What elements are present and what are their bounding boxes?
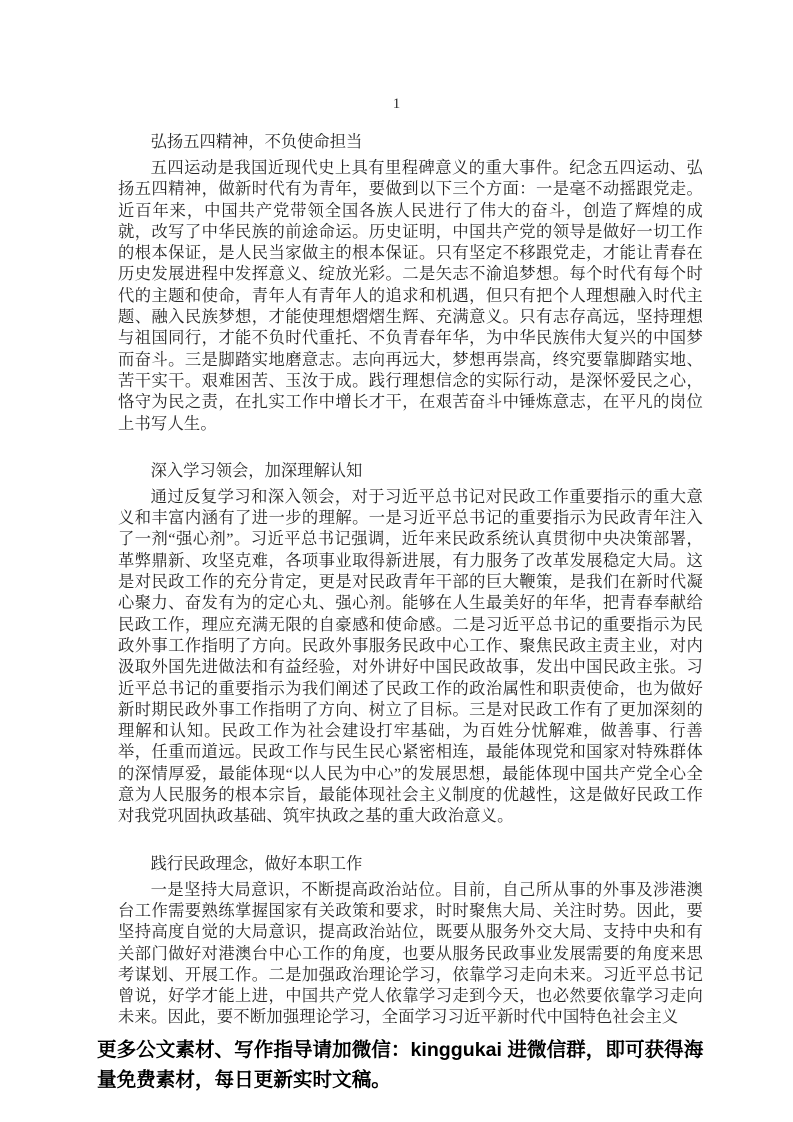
section-heading-2: 深入学习领会，加深理解认知 bbox=[118, 460, 703, 481]
section-paragraph-1: 五四运动是我国近现代史上具有里程碑意义的重大事件。纪念五四运动、弘扬五四精神，做… bbox=[118, 157, 703, 434]
section-heading-1: 弘扬五四精神，不负使命担当 bbox=[118, 131, 703, 152]
footer-promo-text: 更多公文素材、写作指导请加微信：kinggukai 进微信群，即可获得海量免费素… bbox=[97, 1035, 709, 1095]
section-heading-3: 践行民政理念，做好本职工作 bbox=[118, 853, 703, 874]
section-paragraph-2: 通过反复学习和深入领会，对于习近平总书记对民政工作重要指示的重大意义和丰富内涵有… bbox=[118, 486, 703, 827]
page-number: 1 bbox=[0, 96, 793, 113]
section-paragraph-3: 一是坚持大局意识，不断提高政治站位。目前，自己所从事的外事及涉港澳台工作需要熟练… bbox=[118, 879, 703, 1028]
document-page: 1 弘扬五四精神，不负使命担当 五四运动是我国近现代史上具有里程碑意义的重大事件… bbox=[0, 0, 793, 1122]
